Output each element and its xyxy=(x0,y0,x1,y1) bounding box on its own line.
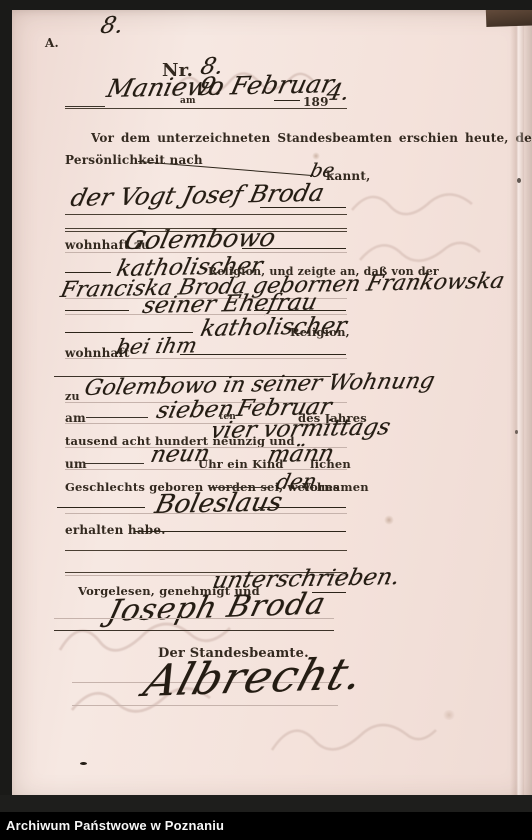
binding-edge xyxy=(486,10,532,27)
page-number-handwritten: 8. xyxy=(98,13,126,39)
entry-child-name: Boleslaus xyxy=(152,487,285,520)
filler-stroke xyxy=(65,332,193,333)
printed-religion-label: Religion, xyxy=(290,325,350,339)
crossout-stroke xyxy=(138,161,314,176)
entry-year-digit: 4. xyxy=(324,80,352,106)
filler-stroke xyxy=(65,272,111,273)
filler-dash xyxy=(84,463,144,464)
entry-year-time: vier vormittags xyxy=(208,414,393,444)
filler-dash xyxy=(86,417,148,418)
stain xyxy=(312,152,320,160)
form-rule xyxy=(54,618,334,619)
signature-official: Albrecht. xyxy=(138,649,370,707)
filler-stroke xyxy=(65,310,129,311)
paper-sheet: A. 8. Nr. 8. Maniewo am 9. Februar 189 4… xyxy=(12,10,532,800)
filler-stroke xyxy=(180,354,346,355)
entry-residence-mother: bei ihm xyxy=(114,333,199,359)
section-rule xyxy=(54,630,334,631)
entry-residence: Golembowo xyxy=(122,223,278,255)
filler-dash xyxy=(274,100,300,101)
printed-intro-line: Vor dem unterzeichneten Standesbeamten e… xyxy=(91,131,532,145)
filler-stroke xyxy=(57,507,145,508)
filler-stroke xyxy=(260,207,346,208)
stain xyxy=(442,710,456,720)
form-rule xyxy=(72,705,338,706)
filler-stroke xyxy=(134,531,346,532)
printed-vornamen: Vornamen xyxy=(302,480,369,494)
ink-speck xyxy=(517,178,521,183)
form-rule xyxy=(65,214,347,215)
archive-bar: Archiwum Państwowe w Poznaniu xyxy=(0,812,532,840)
form-rule xyxy=(65,550,347,551)
corner-letter: A. xyxy=(45,36,59,50)
scanned-registry-page: A. 8. Nr. 8. Maniewo am 9. Februar 189 4… xyxy=(0,0,532,840)
printed-am: am xyxy=(180,96,196,106)
page-fold xyxy=(510,10,524,800)
bleedthrough-ghost xyxy=(262,700,442,790)
stain xyxy=(384,515,394,525)
filler-dash xyxy=(65,106,105,107)
form-rule xyxy=(65,358,347,359)
archive-caption: Archiwum Państwowe w Poznaniu xyxy=(6,818,224,833)
ink-speck xyxy=(515,430,518,434)
form-rule xyxy=(65,252,347,253)
filler-stroke xyxy=(242,248,346,249)
printed-erhalten-habe: erhalten habe. xyxy=(65,523,166,537)
filler-stroke xyxy=(254,310,346,311)
scan-shadow xyxy=(0,795,532,812)
form-rule xyxy=(65,513,347,514)
ink-speck xyxy=(80,762,87,765)
printed-kannt: kannt, xyxy=(326,169,370,183)
form-rule xyxy=(65,108,347,109)
filler-stroke xyxy=(258,507,346,508)
signature-declarant: Joseph Broda xyxy=(104,587,330,629)
